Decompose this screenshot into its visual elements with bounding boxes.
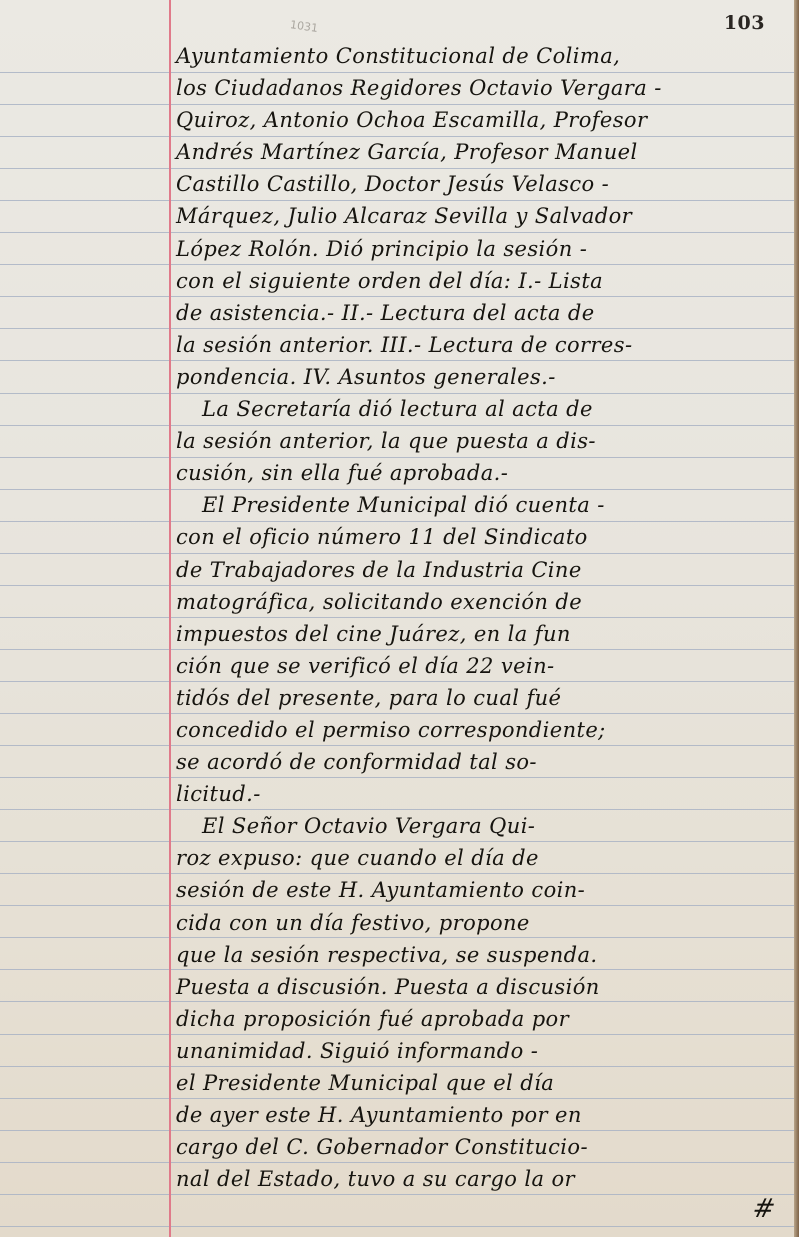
- text-line-16: con el oficio número 11 del Sindicato: [176, 521, 788, 553]
- red-margin-line: [169, 0, 171, 1237]
- text-line-2: los Ciudadanos Regidores Octavio Vergara…: [176, 72, 788, 104]
- text-line-17: de Trabajadores de la Industria Cine: [176, 554, 788, 586]
- pencil-annotation: 1031: [289, 18, 319, 35]
- text-line-20: ción que se verificó el día 22 vein-: [176, 650, 788, 682]
- text-line-24: licitud.-: [176, 778, 788, 810]
- text-line-22: concedido el permiso correspondiente;: [176, 714, 788, 746]
- text-line-1: Ayuntamiento Constitucional de Colima,: [176, 40, 788, 72]
- end-of-page-mark: #: [750, 1194, 778, 1224]
- text-line-26: roz expuso: que cuando el día de: [176, 842, 788, 874]
- text-line-23: se acordó de conformidad tal so-: [176, 746, 788, 778]
- text-line-14: cusión, sin ella fué aprobada.-: [176, 457, 788, 489]
- text-line-32: unanimidad. Siguió informando -: [176, 1035, 788, 1067]
- text-line-8: con el siguiente orden del día: I.- List…: [176, 265, 788, 297]
- text-line-27: sesión de este H. Ayuntamiento coin-: [176, 874, 788, 906]
- ledger-page: 1031 103 Ayuntamiento Constitucional de …: [0, 0, 795, 1237]
- text-line-28: cida con un día festivo, propone: [176, 907, 788, 939]
- text-line-31: dicha proposición fué aprobada por: [176, 1003, 788, 1035]
- text-line-18: matográfica, solicitando exención de: [176, 586, 788, 618]
- text-line-12: La Secretaría dió lectura al acta de: [176, 393, 788, 425]
- text-line-7: López Rolón. Dió principio la sesión -: [176, 233, 788, 265]
- ruled-line: [0, 1226, 795, 1227]
- text-line-35: cargo del C. Gobernador Constitucio-: [176, 1131, 788, 1163]
- text-line-15: El Presidente Municipal dió cuenta -: [176, 489, 788, 521]
- book-binding-edge: [794, 0, 799, 1237]
- text-line-11: pondencia. IV. Asuntos generales.-: [176, 361, 788, 393]
- text-line-5: Castillo Castillo, Doctor Jesús Velasco …: [176, 168, 788, 200]
- text-line-10: la sesión anterior. III.- Lectura de cor…: [176, 329, 788, 361]
- text-line-34: de ayer este H. Ayuntamiento por en: [176, 1099, 788, 1131]
- text-line-33: el Presidente Municipal que el día: [176, 1067, 788, 1099]
- text-line-6: Márquez, Julio Alcaraz Sevilla y Salvado…: [176, 200, 788, 232]
- text-line-36: nal del Estado, tuvo a su cargo la or: [176, 1163, 788, 1195]
- text-line-9: de asistencia.- II.- Lectura del acta de: [176, 297, 788, 329]
- text-line-13: la sesión anterior, la que puesta a dis-: [176, 425, 788, 457]
- text-line-3: Quiroz, Antonio Ochoa Escamilla, Profeso…: [176, 104, 788, 136]
- text-line-19: impuestos del cine Juárez, en la fun: [176, 618, 788, 650]
- text-line-21: tidós del presente, para lo cual fué: [176, 682, 788, 714]
- text-line-30: Puesta a discusión. Puesta a discusión: [176, 971, 788, 1003]
- handwritten-text-block: Ayuntamiento Constitucional de Colima, l…: [176, 40, 788, 1195]
- page-number: 103: [724, 12, 765, 34]
- text-line-4: Andrés Martínez García, Profesor Manuel: [176, 136, 788, 168]
- text-line-29: que la sesión respectiva, se suspenda.: [176, 939, 788, 971]
- text-line-25: El Señor Octavio Vergara Qui-: [176, 810, 788, 842]
